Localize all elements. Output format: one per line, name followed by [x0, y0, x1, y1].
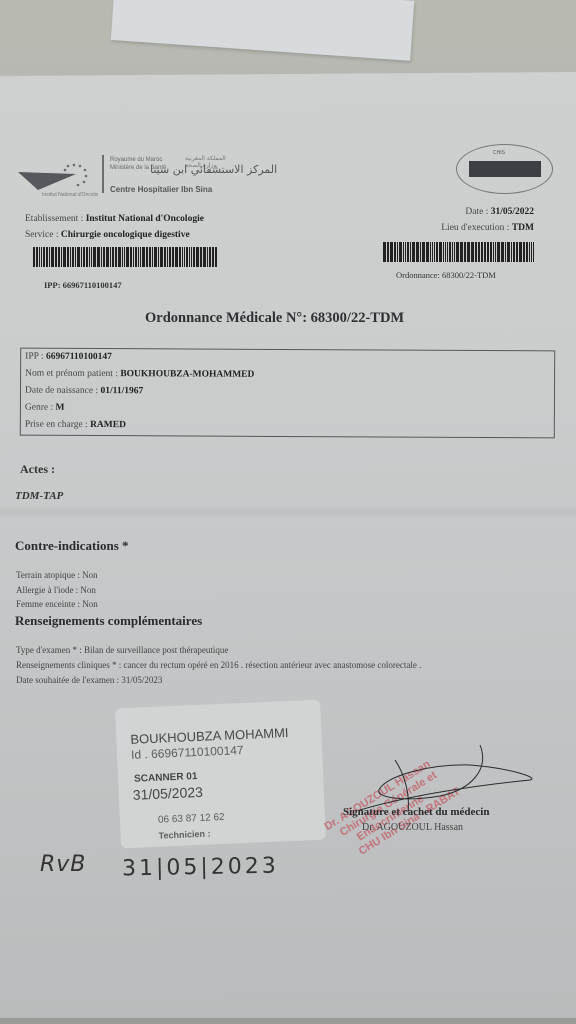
date-value: 31/05/2022	[491, 207, 534, 217]
barcode-bar	[212, 247, 214, 267]
barcode-bar	[135, 247, 137, 267]
barcode-bar	[160, 247, 163, 267]
label: Nom et prénom patient :	[25, 369, 120, 379]
barcode-bar	[209, 247, 211, 267]
service-label: Service :	[25, 230, 61, 240]
barcode-bar	[464, 242, 466, 262]
barcode-bar	[41, 247, 42, 267]
ipp-barcode	[33, 247, 218, 267]
barcode-bar	[167, 247, 168, 267]
doctor-name: Dr. AGOUZOUL Hassan	[362, 822, 463, 833]
value: M	[56, 403, 65, 413]
barcode-bar	[72, 247, 74, 267]
barcode-bar	[70, 247, 71, 267]
barcode-bar	[36, 247, 38, 267]
barcode-bar	[405, 242, 406, 262]
chis-arabic-name: المركز الاستشفائي ابن سينا	[150, 163, 277, 176]
service-field: Service : Chirurgie oncologique digestiv…	[25, 230, 190, 240]
barcode-bar	[432, 242, 433, 262]
barcode-bar	[434, 242, 435, 262]
barcode-bar	[184, 247, 185, 267]
barcode-bar	[467, 242, 470, 262]
barcode-bar	[475, 242, 477, 262]
building-icon	[469, 161, 541, 177]
barcode-bar	[445, 242, 446, 262]
date-label: Date :	[465, 207, 490, 217]
barcode-bar	[118, 247, 121, 267]
background-paper	[111, 0, 414, 61]
acte-item: TDM-TAP	[15, 490, 63, 502]
value: RAMED	[90, 420, 126, 430]
barcode-bar	[439, 242, 442, 262]
label: Prise en charge :	[25, 420, 90, 430]
barcode-bar	[471, 242, 474, 262]
contre-indications-heading: Contre-indications *	[15, 538, 129, 554]
logo-divider	[102, 155, 104, 193]
svg-text:Institut National d'Oncologie: Institut National d'Oncologie	[42, 192, 98, 198]
barcode-bar	[397, 242, 398, 262]
barcode-bar	[103, 247, 105, 267]
label: Date de naissance :	[25, 386, 101, 396]
barcode-bar	[89, 247, 90, 267]
barcode-bar	[420, 242, 421, 262]
barcode-bar	[91, 247, 92, 267]
scanner-label-sticker: BOUKHOUBZA MOHAMMI Id . 66967110100147 S…	[115, 700, 326, 849]
ordonnance-barcode	[383, 242, 535, 262]
handwritten-initials: RvB	[40, 852, 86, 877]
etablissement-value: Institut National d'Oncologie	[86, 214, 204, 224]
patient-prise-en-charge: Prise en charge : RAMED	[25, 420, 126, 431]
lieu-value: TDM	[512, 223, 534, 233]
barcode-bar	[529, 242, 530, 262]
barcode-bar	[140, 247, 141, 267]
barcode-bar	[403, 242, 404, 262]
barcode-bar	[490, 242, 492, 262]
barcode-bar	[207, 247, 208, 267]
barcode-bar	[493, 242, 494, 262]
barcode-bar	[501, 242, 504, 262]
value: BOUKHOUBZA-MOHAMMED	[120, 369, 254, 380]
barcode-bar	[182, 247, 183, 267]
barcode-bar	[93, 247, 96, 267]
date-field: Date : 31/05/2022	[465, 207, 534, 217]
barcode-bar	[436, 242, 438, 262]
patient-info-box: IPP : 66967110100147 Nom et prénom patie…	[20, 348, 555, 439]
barcode-bar	[478, 242, 480, 262]
barcode-bar	[43, 247, 45, 267]
sticker-date: 31/05/2023	[132, 784, 203, 803]
barcode-bar	[46, 247, 48, 267]
contre-indication-item: Allergie à l'iode : Non	[16, 585, 96, 595]
renseignement-item: Type d'examen * : Bilan de surveillance …	[16, 645, 228, 655]
contre-indication-item: Femme enceinte : Non	[16, 599, 98, 609]
barcode-bar	[86, 247, 88, 267]
barcode-bar	[51, 247, 54, 267]
barcode-bar	[203, 247, 206, 267]
barcode-bar	[146, 247, 148, 267]
document-title: Ordonnance Médicale N°: 68300/22-TDM	[145, 310, 404, 327]
barcode-bar	[175, 247, 178, 267]
actes-heading: Actes :	[20, 462, 55, 477]
lieu-execution-field: Lieu d'execution : TDM	[441, 223, 534, 233]
barcode-bar	[75, 247, 76, 267]
barcode-bar	[49, 247, 50, 267]
barcode-bar	[454, 242, 455, 262]
barcode-bar	[164, 247, 166, 267]
chis-building-logo-icon: CHIS	[456, 144, 553, 194]
barcode-bar	[39, 247, 40, 267]
paper-fold	[0, 505, 576, 519]
ipp-barcode-text: IPP: 66967110100147	[44, 280, 122, 290]
renseignement-item: Date souhaitée de l'examen : 31/05/2023	[16, 675, 162, 685]
barcode-bar	[394, 242, 396, 262]
barcode-bar	[122, 247, 123, 267]
barcode-bar	[387, 242, 389, 262]
barcode-bar	[77, 247, 80, 267]
barcode-bar	[158, 247, 159, 267]
barcode-bar	[179, 247, 181, 267]
etablissement-field: Etablissement : Institut National d'Onco…	[25, 214, 204, 224]
barcode-bar	[97, 247, 100, 267]
barcode-bar	[430, 242, 431, 262]
barcode-bar	[399, 242, 402, 262]
renseignements-heading: Renseignements complémentaires	[15, 613, 202, 629]
patient-name: Nom et prénom patient : BOUKHOUBZA-MOHAM…	[25, 369, 254, 380]
barcode-bar	[526, 242, 528, 262]
barcode-bar	[101, 247, 102, 267]
value: 66967110100147	[46, 352, 112, 362]
barcode-bar	[154, 247, 157, 267]
barcode-bar	[422, 242, 425, 262]
ino-logo-icon: Institut National d'Oncologie	[18, 160, 98, 200]
barcode-bar	[533, 242, 534, 262]
barcode-bar	[81, 247, 82, 267]
signature-title: Signature et cachet du médecin	[343, 806, 489, 818]
barcode-bar	[149, 247, 151, 267]
barcode-bar	[511, 242, 512, 262]
barcode-bar	[426, 242, 429, 262]
barcode-bar	[169, 247, 171, 267]
barcode-bar	[495, 242, 496, 262]
etablissement-label: Etablissement :	[25, 214, 86, 224]
barcode-bar	[138, 247, 139, 267]
barcode-bar	[456, 242, 459, 262]
barcode-bar	[452, 242, 453, 262]
barcode-bar	[390, 242, 393, 262]
barcode-bar	[112, 247, 114, 267]
barcode-bar	[507, 242, 510, 262]
barcode-bar	[152, 247, 153, 267]
sticker-phone: 06 63 87 12 62	[158, 812, 225, 826]
barcode-bar	[531, 242, 532, 262]
patient-dob: Date de naissance : 01/11/1967	[25, 386, 143, 397]
chis-name: Centre Hospitalier Ibn Sina	[110, 185, 212, 194]
patient-genre: Genre : M	[25, 403, 65, 413]
barcode-bar	[487, 242, 489, 262]
barcode-bar	[443, 242, 444, 262]
table-edge	[0, 1018, 576, 1024]
barcode-bar	[447, 242, 448, 262]
sticker-technicien: Technicien :	[158, 829, 210, 841]
barcode-bar	[407, 242, 409, 262]
arabic-line: المملكة المغربية	[185, 155, 226, 162]
barcode-bar	[106, 247, 109, 267]
barcode-bar	[110, 247, 111, 267]
barcode-bar	[33, 247, 35, 267]
barcode-bar	[523, 242, 525, 262]
barcode-bar	[484, 242, 486, 262]
barcode-bar	[115, 247, 117, 267]
barcode-bar	[186, 247, 188, 267]
service-value: Chirurgie oncologique digestive	[61, 230, 190, 240]
barcode-bar	[63, 247, 66, 267]
barcode-bar	[172, 247, 174, 267]
barcode-bar	[67, 247, 69, 267]
barcode-bar	[189, 247, 190, 267]
barcode-bar	[505, 242, 506, 262]
barcode-bar	[83, 247, 85, 267]
patient-ipp: IPP : 66967110100147	[25, 352, 112, 362]
barcode-bar	[142, 247, 145, 267]
barcode-bar	[460, 242, 463, 262]
sticker-device: SCANNER 01	[134, 771, 198, 785]
barcode-bar	[449, 242, 451, 262]
barcode-bar	[410, 242, 411, 262]
ordonnance-barcode-text: Ordonnance: 68300/22-TDM	[396, 270, 496, 280]
barcode-bar	[516, 242, 518, 262]
barcode-bar	[126, 247, 129, 267]
barcode-bar	[215, 247, 217, 267]
lieu-label: Lieu d'execution :	[441, 223, 512, 233]
barcode-bar	[383, 242, 386, 262]
barcode-bar	[412, 242, 415, 262]
barcode-bar	[55, 247, 57, 267]
barcode-bar	[58, 247, 60, 267]
barcode-bar	[481, 242, 483, 262]
barcode-bar	[513, 242, 515, 262]
barcode-bar	[61, 247, 62, 267]
renseignement-item: Renseignements cliniques * : cancer du r…	[16, 660, 421, 670]
barcode-bar	[200, 247, 202, 267]
value: 01/11/1967	[100, 386, 143, 396]
doctor-stamp: Dr. AGOUZOUL Hassan Chirurgie Générale e…	[350, 815, 510, 855]
label: Genre :	[25, 403, 56, 413]
barcode-bar	[130, 247, 132, 267]
barcode-bar	[193, 247, 195, 267]
barcode-bar	[124, 247, 125, 267]
barcode-bar	[196, 247, 199, 267]
handwritten-date: 31|05|2023	[122, 854, 279, 882]
barcode-bar	[191, 247, 192, 267]
barcode-bar	[519, 242, 522, 262]
label: IPP :	[25, 352, 46, 362]
barcode-bar	[416, 242, 419, 262]
barcode-bar	[133, 247, 134, 267]
logo-caption: CHIS	[493, 150, 505, 156]
contre-indication-item: Terrain atopique : Non	[16, 570, 98, 580]
barcode-bar	[497, 242, 500, 262]
